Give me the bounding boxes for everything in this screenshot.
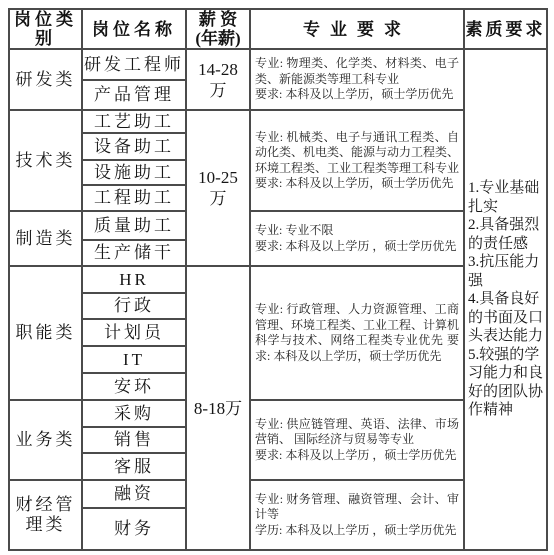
job-category-cell-func: 职能类 bbox=[9, 266, 82, 400]
job-category-cell-fin: 财经管 理类 bbox=[9, 480, 82, 550]
job-title-cell: IT bbox=[82, 346, 186, 373]
major-requirements-cell-mfg: 专业: 专业不限 要求: 本科及以上学历 ，硕士学历优先 bbox=[250, 211, 464, 266]
major-requirements-cell-rd: 专业: 物理类、化学类、材料类、电子类、新能源类等理工科专业 要求: 本科及以上… bbox=[250, 49, 464, 110]
header-quality-requirements: 素质要求 bbox=[464, 9, 547, 49]
salary-cell-rd: 14-28 万 bbox=[186, 49, 250, 110]
major-requirements-cell-biz: 专业: 供应链管理、英语、法律、市场营销、 国际经济与贸易等专业 要求: 本科及… bbox=[250, 400, 464, 480]
job-title-cell: 财务 bbox=[82, 508, 186, 550]
table-row: 研发类 研发工程师 14-28 万 专业: 物理类、化学类、材料类、电子类、新能… bbox=[9, 49, 547, 80]
header-row: 岗位类 别 岗位名称 薪 资 (年薪) 专业要求 素质要求 bbox=[9, 9, 547, 49]
job-title-cell: 设备助工 bbox=[82, 133, 186, 160]
major-requirements-cell-fin: 专业: 财务管理、融资管理、会计、审计等 学历: 本科及以上学历 ，硕士学历优先 bbox=[250, 480, 464, 550]
job-title-cell: 采购 bbox=[82, 400, 186, 427]
job-title-cell: 行政 bbox=[82, 293, 186, 319]
job-title-cell: HR bbox=[82, 266, 186, 293]
salary-cell-func-biz-fin: 8-18万 bbox=[186, 266, 250, 550]
job-title-cell: 生产储干 bbox=[82, 240, 186, 266]
job-title-cell: 客服 bbox=[82, 453, 186, 480]
header-job-category: 岗位类 别 bbox=[9, 9, 82, 49]
job-title-cell: 质量助工 bbox=[82, 211, 186, 240]
recruitment-table: 岗位类 别 岗位名称 薪 资 (年薪) 专业要求 素质要求 研发类 研发工程师 … bbox=[8, 8, 548, 551]
header-major-requirements: 专业要求 bbox=[250, 9, 464, 49]
job-title-cell: 研发工程师 bbox=[82, 49, 186, 80]
header-job-title: 岗位名称 bbox=[82, 9, 186, 49]
major-requirements-cell-tech: 专业: 机械类、电子与通讯工程类、自动化类、机电类、能源与动力工程类、环境工程类… bbox=[250, 110, 464, 211]
quality-requirements-cell: 1.专业基础扎实 2.具备强烈的责任感 3.抗压能力强 4.具备良好的书面及口头… bbox=[464, 49, 547, 550]
job-title-cell: 计划员 bbox=[82, 319, 186, 346]
job-category-cell-biz: 业务类 bbox=[9, 400, 82, 480]
job-title-cell: 工艺助工 bbox=[82, 110, 186, 133]
job-title-cell: 工程助工 bbox=[82, 185, 186, 211]
job-category-cell-rd: 研发类 bbox=[9, 49, 82, 110]
job-category-cell-mfg: 制造类 bbox=[9, 211, 82, 266]
job-title-cell: 产品管理 bbox=[82, 80, 186, 110]
job-title-cell: 销售 bbox=[82, 427, 186, 453]
salary-cell-tech-mfg: 10-25 万 bbox=[186, 110, 250, 266]
header-salary: 薪 资 (年薪) bbox=[186, 9, 250, 49]
major-requirements-cell-func: 专业: 行政管理、人力资源管理、工商管理、环境工程类、工业工程、计算机科学与技术… bbox=[250, 266, 464, 400]
job-category-cell-tech: 技术类 bbox=[9, 110, 82, 211]
job-title-cell: 设施助工 bbox=[82, 160, 186, 185]
job-title-cell: 安环 bbox=[82, 373, 186, 400]
job-title-cell: 融资 bbox=[82, 480, 186, 508]
